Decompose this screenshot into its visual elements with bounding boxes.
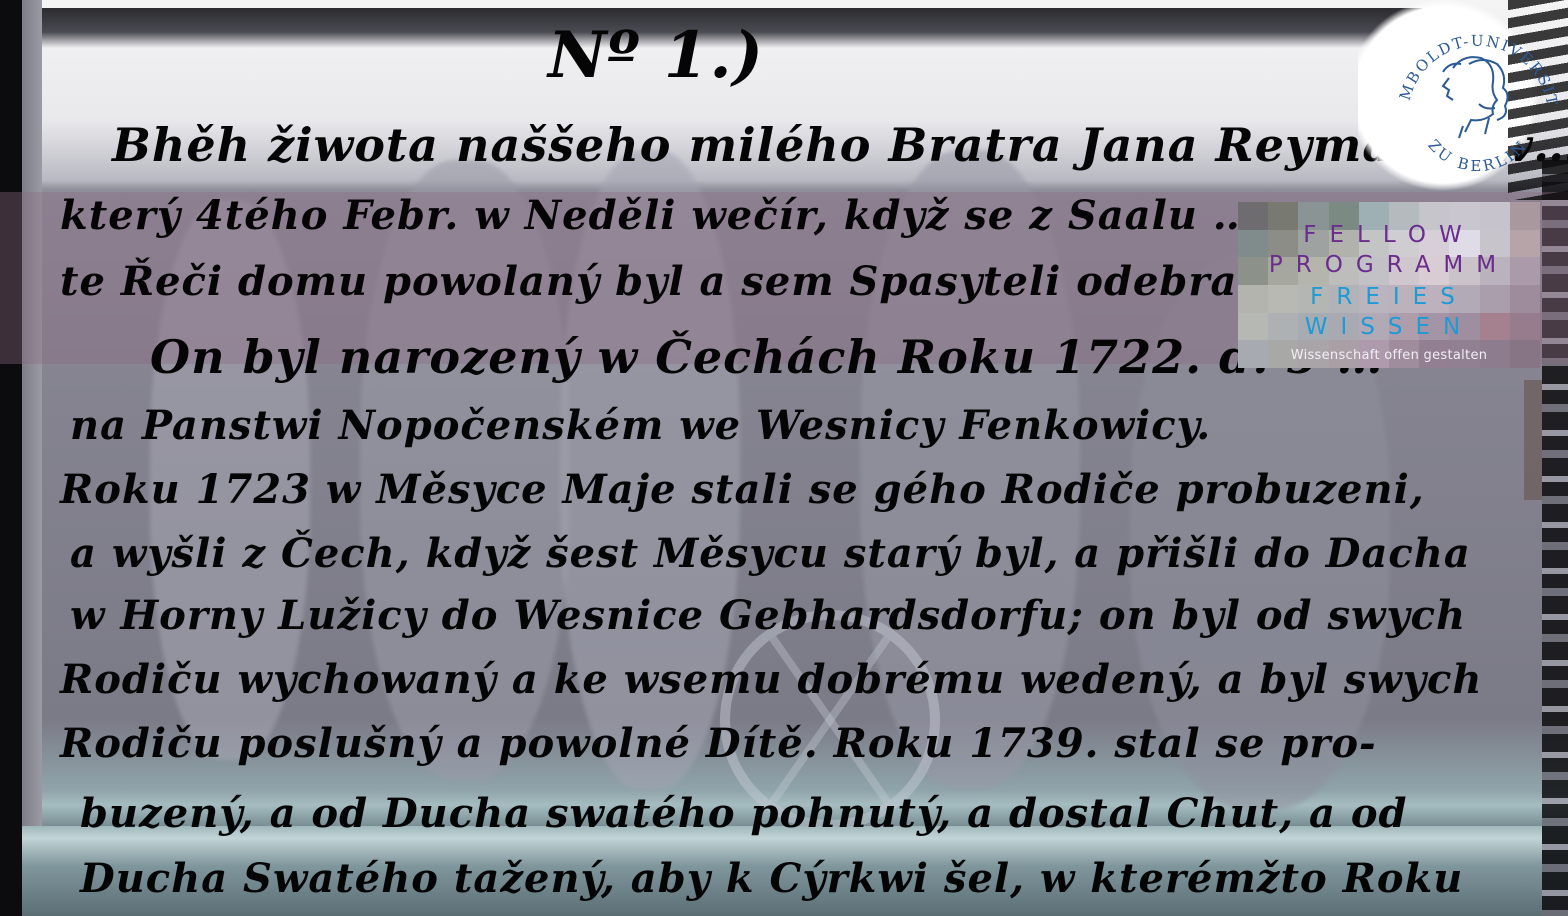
manuscript-line: w Horny Lužicy do Wesnice Gebhardsdorfu;… [70, 592, 1466, 639]
manuscript-line: On byl narozený w Čechách Roku 1722. d. … [150, 330, 1383, 384]
logo-line-programm: PROGRAMM [1238, 252, 1540, 278]
logo-line-freies: FREIES [1238, 284, 1540, 310]
manuscript-line: Roku 1723 w Měsyce Maje stali se gého Ro… [60, 466, 1425, 513]
manuscript-line: který 4tého Febr. w Neděli wečír, když s… [60, 192, 1254, 239]
manuscript-line: Rodiču wychowaný a ke wsemu dobrému wede… [60, 656, 1482, 703]
manuscript-line: Ducha Swatého tažený, aby k Cýrkwi šel, … [80, 855, 1463, 902]
manuscript-line: a wyšli z Čech, když šest Měsycu starý b… [70, 530, 1471, 577]
manuscript-heading: Nº 1.) [548, 18, 764, 93]
svg-text:ZU BERLIN: ZU BERLIN [1424, 136, 1531, 175]
humboldt-university-seal: HUMBOLDT-UNIVERSITÄT ZU BERLIN [1393, 8, 1563, 184]
manuscript-line: Bhěh žiwota naššeho milého Bratra Jana R… [112, 118, 1568, 172]
manuscript-line: te Řeči domu powolaný byl a sem Spasytel… [60, 258, 1360, 305]
manuscript-line: na Panstwi Nopočenském we Wesnicy Fenkow… [70, 402, 1211, 449]
portrait-profiles-icon [1443, 57, 1508, 138]
logo-line-wissen: WISSEN [1238, 314, 1540, 340]
handwritten-manuscript: Nº 1.) Bhěh žiwota naššeho milého Bratra… [0, 0, 1568, 916]
manuscript-line: Rodiču poslušný a powolné Dítě. Roku 173… [60, 720, 1377, 767]
logo-tagline: Wissenschaft offen gestalten [1238, 348, 1540, 363]
fellow-programm-logo: FELLOW PROGRAMM FREIES WISSEN Wissenscha… [1238, 202, 1540, 368]
seal-text-bottom: ZU BERLIN [1424, 136, 1531, 175]
logo-line-fellow: FELLOW [1238, 222, 1540, 248]
manuscript-line: buzený, a od Ducha swatého pohnutý, a do… [80, 790, 1408, 837]
banner-image: Nº 1.) Bhěh žiwota naššeho milého Bratra… [0, 0, 1568, 916]
